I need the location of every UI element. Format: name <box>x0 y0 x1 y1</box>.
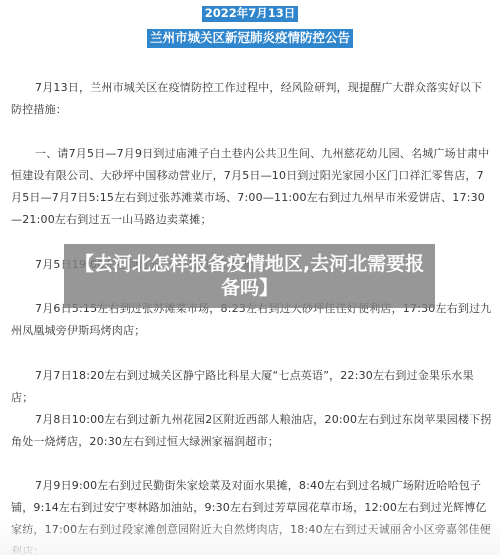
july7-paragraph: 7月7日18:20左右到过城关区静宁路比科星大厦“七点英语”，22:30左右到过… <box>11 365 493 409</box>
july8-paragraph: 7月8日10:00左右到过新九州花园2区附近西部人粮油店，20:00左右到过东岗… <box>11 409 493 453</box>
caption-text: 【去河北怎样报备疫情地区,去河北需要报备吗】 <box>64 252 435 300</box>
measures-paragraph-1: 一、请7月5日—7月9日到过庙滩子白土巷内公共卫生间、九州慈花幼儿园、名城广场甘… <box>11 143 493 231</box>
notice-title: 兰州市城关区新冠肺炎疫情防控公告 <box>147 29 353 48</box>
bottom-fade <box>0 520 500 555</box>
title-header: 兰州市城关区新冠肺炎疫情防控公告 <box>0 29 500 48</box>
caption-overlay: 【去河北怎样报备疫情地区,去河北需要报备吗】 <box>64 244 435 308</box>
date-header: 2022年7月13日 <box>0 6 500 22</box>
intro-paragraph: 7月13日，兰州市城关区在疫情防控工作过程中，经风险研判，现提醒广大群众落实好以… <box>11 77 493 121</box>
date-badge: 2022年7月13日 <box>202 6 299 22</box>
